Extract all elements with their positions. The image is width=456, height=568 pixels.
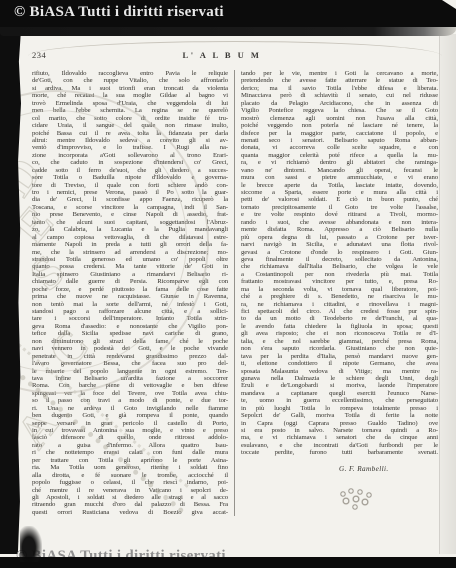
text-line: mandava a capitanare quegli eserciti l'e… [241,390,438,397]
text-line: derico; ma il savio Totila l'ebbe difesa… [241,85,438,92]
text-line: l'avaro governatore Bessa, che facea suo… [32,360,228,367]
text-line: ventò d'improvviso, e lo trafisse. I Rug… [32,144,228,151]
text-line: popolo fuggisse o celassi, il che riescì… [32,479,228,486]
text-line: seppe versare in gran pericolo il castel… [32,420,228,427]
text-line: navi vennero in podestà dei Goti, e le p… [32,345,228,352]
text-line: gli Apostoli, i soldati si diedero alle … [32,494,228,501]
scan-gutter-strip [0,30,21,554]
scanned-page-viewer: DESCA 234 L' A L B U M rifiuto, Ildovald… [0,0,456,568]
author-signature: G. F. Rambelli. [339,466,438,473]
text-line: Vigilio Pontefice reggeva la chiesa. Che… [241,107,438,114]
text-line: che richiamava dall'Italia Belisario, ch… [241,263,438,270]
text-line: de'Goti, con che ruppe Vitalio, che solo… [32,77,228,84]
text-line: ché a preghiere di s. Benedetto, ne risa… [241,293,438,300]
running-head: 234 L' A L B U M [32,50,438,62]
text-line: ma, e vi richiamava i senatori che da ci… [241,434,438,441]
text-line: narvi navigò in Sicilia, e adunatavi una… [241,241,438,248]
text-line: Italia spinsero Giustiniano a rimandarvi… [32,271,228,278]
text-line: ben dugento Goti, e già rompeva il ponte… [32,412,228,419]
text-line: geva Roma d'assedio: e nonostante che Vi… [32,323,228,330]
text-line: ché mentre il re venerava in Vaticano i … [32,487,228,494]
text-line: vano ne' dintorni. Mancando gli operai, … [241,167,438,174]
text-line: gunava nella Dalmazia le schiere degli U… [241,375,438,382]
right-column: tando per le vie, mentre i Goti la cerca… [241,70,438,516]
text-line: tanto che alcuni suoi capitani, soggetta… [32,219,228,226]
text-line: sore Totila o Baduilla nipote d'Ildovald… [32,174,228,181]
text-line: cidare Uraia, il sangue del quale non ri… [32,122,228,129]
text-line: prima che nuove ne racquistasse. Giunse … [32,293,228,300]
left-column: rifiuto, Ildovaldo raccoglieva entro Pav… [32,70,228,516]
article-body: rifiuto, Ildovaldo raccoglieva entro Pav… [32,70,438,516]
text-line: rando i suoi, che avesse abbandonata e n… [241,219,438,226]
floral-vignette-icon [333,487,381,513]
text-line: ritraendo gran mucchi d'oro dal palazzo … [32,501,228,508]
text-line: geva finalmente il decreto, sollecitato … [241,256,438,263]
text-line: tefice dalla Sicilia spedisse navi caric… [32,330,228,337]
text-line: zione incorporata a'Goti sollevarono al … [32,152,228,159]
text-line: Toscana, e scorse vincitore la campagna,… [32,204,228,211]
text-line: quanta maggior celerità poté rifece a qu… [241,152,438,159]
text-line: si ardiva. Ma i suoi trionfi eran tronca… [32,85,228,92]
text-line: poiché veggendo non poterla né lasciare … [241,122,438,129]
text-line: te, uomo in guerra eccellentissimo, che … [241,397,438,404]
text-line: poiché Bassa cui il re avea tolta la fid… [32,130,228,137]
text-line: menati seco i senatori. Belisario saputo… [241,137,438,144]
copyright-text: © BiASA Tutti i diritti riservati [14,4,224,21]
text-line: non diminuirono gli strazi della fame, c… [32,338,228,345]
text-line: mostrò clemenza agli uomini non l'usava … [241,115,438,122]
text-line: rato a guisa d'infermo. Allora quattro I… [32,442,228,449]
page-edge-shading [440,34,456,554]
text-line: talia, e che nol sarebbe giammai, perché… [241,338,438,345]
text-line: spingeasi ver la foce del Tevere, ove To… [32,390,228,397]
text-line: altrui: mentre Ildovaldo sedeva a convit… [32,137,228,144]
text-line: Roma. Con barche piene di vettovaglie e … [32,382,228,389]
text-line: mamente Napoli in preda a tutti gli orro… [32,241,228,248]
text-line: tornato precipitosamente il Goto tre vol… [241,204,438,211]
text-line: co, che caduto in sospezione d'intenders… [32,159,228,166]
text-line: dia de' Greci, li sconfisse appo Faenza,… [32,196,228,203]
text-line: standosi pago a rafforzare alcune città,… [32,308,228,315]
text-line: petti de' valorosi soldati. E ciò in buo… [241,196,438,203]
text-line: questi orrori Rusticiana vedova di Boezi… [32,509,228,516]
text-line: ri che nottetempo eransi calati con funi… [32,449,228,456]
text-line: ti, elettone condottiero il nipote Germa… [241,360,438,367]
text-line: trovò Ermelinda sposa d'Uraia, che vegge… [32,100,228,107]
text-line: in Capra (oggi Caprara presso Gualdo Tad… [241,420,438,427]
text-line: tro i nemici, prese Verona, passò il Po … [32,189,228,196]
column-divider [234,70,235,516]
text-line: poche forze, e perdé piuttosto la fama d… [32,286,228,293]
text-line: donata, vi accorreva colle scelte squadr… [241,144,438,151]
text-line: ri. Una ne ardeva il Goto invigilando ne… [32,405,228,412]
text-line: Minacciava però di schiavitù il senato, … [241,92,438,99]
text-line: mura con sassi e pietre ammucchiate, e v… [241,174,438,181]
text-line: gevasi a Crotone d'onde lo respinsero i … [241,249,438,256]
text-line: esulavano, e che incontrati da'Goti furi… [241,442,438,449]
text-line: mente disfatta Roma. Appresso a ciò Beli… [241,226,438,233]
text-line: Sepolcri de' Galli, moriva Totila di fer… [241,412,438,419]
scan-shadow [0,27,456,36]
text-line: a Costantinopoli per non rivederla più m… [241,271,438,278]
text-line: si era posto in salvo. Narsete tornava q… [241,427,438,434]
text-line: ria. Ma Totila uom generoso, ritenne i s… [32,464,228,471]
page-edge-line [439,34,440,554]
text-line: frattanto mostravasi vincitore per tutto… [241,278,438,285]
text-line: tore di Treviso, il quale con forti schi… [32,182,228,189]
text-line: toccate perdite, furono tutti barbaramen… [241,449,438,456]
journal-title: L' A L B U M [32,50,412,60]
scan-corner-notch [442,0,456,9]
text-line: tava per la perdita d'Italia, pensò mand… [241,353,438,360]
text-line: penetrate in città rendevansi grandissim… [32,353,228,360]
text-line: to da un motto di Teodeberto re de'Franc… [241,315,438,322]
bottom-copyright-bar [0,557,456,568]
text-line: più opera degna di lui, passato a Croton… [241,234,438,241]
text-line: ma la seconda volta, vi tornava qual lib… [241,286,438,293]
text-line: le miserie del popolo languente in ogni … [32,368,228,375]
text-line: quanto possa credersi. Ma tante vittorie… [32,263,228,270]
text-line: siccome a Sparta, essere porte e mura al… [241,189,438,196]
text-line: le avendo fatta chiedere la figliuola in… [241,323,438,330]
text-line: chiamato dalle guerre di Persia. Ricompa… [32,278,228,285]
text-line: placato da Pelagio Arcidiacono, che in a… [241,100,438,107]
text-line: non s'era saputo ricordarla. Giustiniano… [241,345,438,352]
text-line: e tre volte respinto dové ritirarsi a Ti… [241,211,438,218]
text-line: tava infine Belisario un'ardita fazione … [32,375,228,382]
text-line: al campo copiosa vettovaglia, di che dil… [32,234,228,241]
text-line: so il passo con travi a modo di ponte, e… [32,397,228,404]
text-line: men bella l'ebbe schernita. La regina se… [32,107,228,114]
right-column-lines: tando per le vie, mentre i Goti la cerca… [241,70,438,457]
text-line: cadde sotto il ferro de'suoi, che gli di… [32,167,228,174]
text-line: fici spettacoli del circo. Al che credes… [241,308,438,315]
text-line: nio prese Benevento, e cinse Napoli di a… [32,211,228,218]
text-line: pretendendo che avesse fatte atterrare l… [241,77,438,84]
text-line: zo, la Calabria, la Lucania e la Puglia … [32,226,228,233]
text-line: morte, ché recatasi la sua moglie Gildae… [32,92,228,99]
text-line: le brecce aperte da Totila, lasciate int… [241,182,438,189]
text-line: lasciò difensore di quello, onde ritiros… [32,434,228,441]
text-line: Eruli e de'Longobardi si moriva, laonde … [241,382,438,389]
text-line: strandosi Totila generoso ed umano co' p… [32,256,228,263]
text-line: rifiuto, Ildovaldo raccoglieva entro Pav… [32,70,228,77]
text-line: me, che la strinsero ad arrendersi a dis… [32,249,228,256]
text-line: gli avea risposto; che ei non riconoscev… [241,330,438,337]
text-line: ra, ne richiamava i cittadini, e rinovel… [241,301,438,308]
scan-smudge [20,526,42,562]
text-line: in cui trovavasi Antonina sua moglie, e … [32,427,228,434]
text-line: tare i soccorsi dell'imperatore. Intanto… [32,315,228,322]
text-line: disfece per la maggior parte, cacciatone… [241,130,438,137]
text-line: in più luoghi Totila lo rompeva totalmen… [241,405,438,412]
text-line: sposata Malasunta vedova di Vitige; ma m… [241,368,438,375]
text-line: tando per le vie, mentre i Goti la cerca… [241,70,438,77]
top-copyright-bar: © BiASA Tutti i diritti riservati [0,0,456,27]
text-line: non tentò mai la sorte dell'armi, né inf… [32,301,228,308]
text-line: ra, e vi richiamò dentro gli abitatori c… [241,159,438,166]
text-line: per trattare con Totila gli aprirono le … [32,457,228,464]
text-line: alla dirotta, e fé suonare le trombe, ac… [32,472,228,479]
text-line: col marito, che sotto colore di ordite i… [32,115,228,122]
